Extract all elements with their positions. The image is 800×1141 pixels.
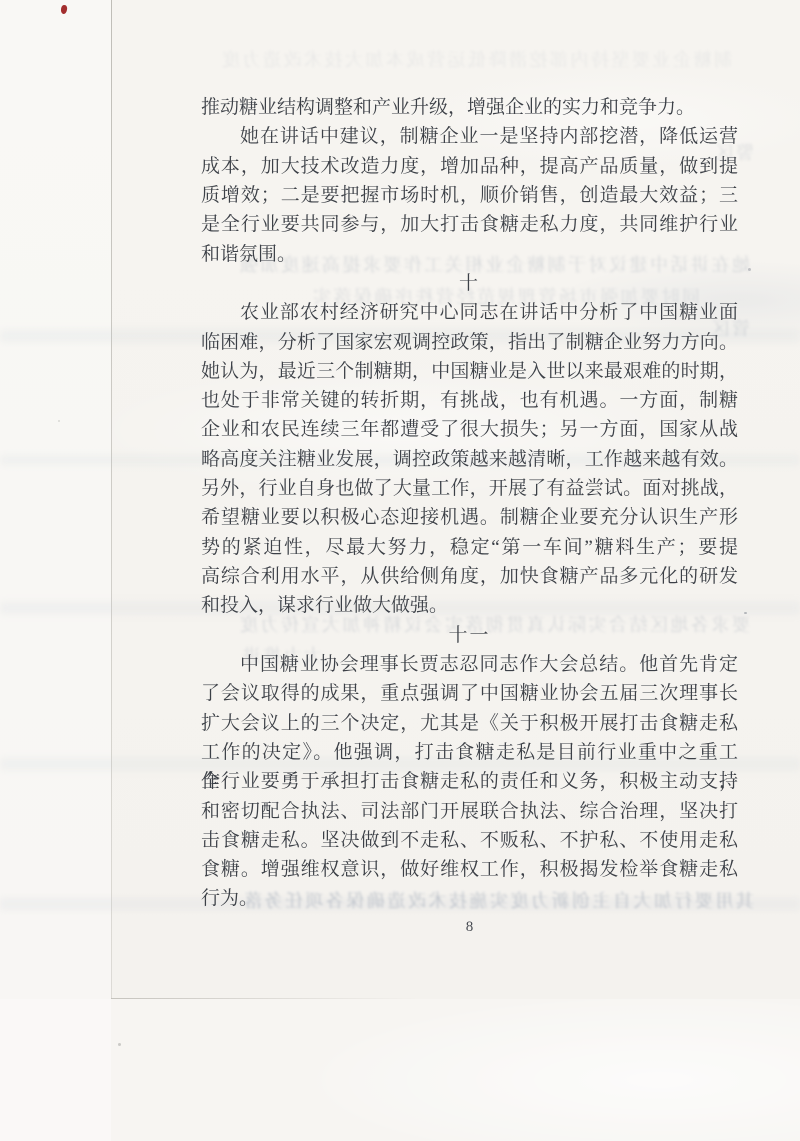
text-line: 了会议取得的成果，重点强调了中国糖业协会五届三次理事长	[201, 679, 738, 708]
paper-speck	[744, 612, 747, 614]
paper-speck	[748, 268, 751, 271]
text-line: 和密切配合执法、司法部门开展联合执法、综合治理，坚决打	[201, 797, 738, 826]
text-line: 工作的决定》。他强调，打击食糖走私是目前行业重中之重工作，	[201, 738, 738, 767]
text-line: 势的紧迫性，尽最大努力，稳定“第一车间”糖料生产；要提	[201, 533, 738, 562]
text-line: 另外，行业自身也做了大量工作，开展了有益尝试。面对挑战，	[201, 474, 738, 503]
page-edge-line-horizontal	[111, 998, 421, 999]
text-line: 全行业要勇于承担打击食糖走私的责任和义务，积极主动支持	[201, 767, 738, 796]
text-line: 扩大会议上的三个决定，尤其是《关于积极开展打击食糖走私	[201, 709, 738, 738]
text-line: 食糖。增强维权意识，做好维权工作，积极揭发检举食糖走私	[201, 855, 738, 884]
document-body: 推动糖业结构调整和产业升级，增强企业的实力和竞争力。她在讲话中建议，制糖企业一是…	[201, 93, 738, 914]
text-line: 和谐氛围。	[201, 240, 738, 269]
text-line: 推动糖业结构调整和产业升级，增强企业的实力和竞争力。	[201, 93, 738, 122]
scan-bottom-margin	[0, 999, 800, 1141]
text-line: 临困难，分析了国家宏观调控政策，指出了制糖企业努力方向。	[201, 328, 738, 357]
bleed-through-text: 制糖企业要坚持内部挖潜降低运营成本加大技术改造力度	[212, 46, 732, 72]
text-line: 农业部农村经济研究中心同志在讲话中分析了中国糖业面	[201, 298, 738, 327]
text-line: 略高度关注糖业发展，调控政策越来越清晰，工作越来越有效。	[201, 445, 738, 474]
paper-speck	[58, 420, 60, 422]
text-line: 也处于非常关键的转折期，有挑战，也有机遇。一方面，制糖	[201, 386, 738, 415]
text-line: 中国糖业协会理事长贾志忍同志作大会总结。他首先肯定	[201, 650, 738, 679]
section-heading: 十	[201, 269, 738, 298]
page-number: 8	[201, 913, 738, 942]
text-line: 行为。	[201, 884, 738, 913]
text-line: 和投入，谋求行业做大做强。	[201, 591, 738, 620]
text-line: 质增效；二是要把握市场时机，顺价销售，创造最大效益；三	[201, 181, 738, 210]
text-line: 希望糖业要以积极心态迎接机遇。制糖企业要充分认识生产形	[201, 503, 738, 532]
paper-speck	[118, 1043, 121, 1046]
section-heading: 十一	[201, 621, 738, 650]
text-line: 她认为，最近三个制糖期，中国糖业是入世以来最艰难的时期，	[201, 357, 738, 386]
text-line: 成本，加大技术改造力度，增加品种，提高产品质量，做到提	[201, 152, 738, 181]
text-line: 高综合利用水平，从供给侧角度，加快食糖产品多元化的研发	[201, 562, 738, 591]
scan-left-margin	[0, 0, 111, 1141]
scanned-document-page: 制糖企业要坚持内部挖潜降低运营成本加大技术改造力度 她在讲话中建议对于制糖企业相…	[0, 0, 800, 1141]
text-line: 是全行业要共同参与，加大打击食糖走私力度，共同维护行业	[201, 210, 738, 239]
page-edge-line-vertical	[111, 0, 112, 999]
text-line: 企业和农民连续三年都遭受了很大损失；另一方面，国家从战	[201, 415, 738, 444]
text-line: 击食糖走私。坚决做到不走私、不贩私、不护私、不使用走私	[201, 826, 738, 855]
text-line: 她在讲话中建议，制糖企业一是坚持内部挖潜，降低运营	[201, 122, 738, 151]
